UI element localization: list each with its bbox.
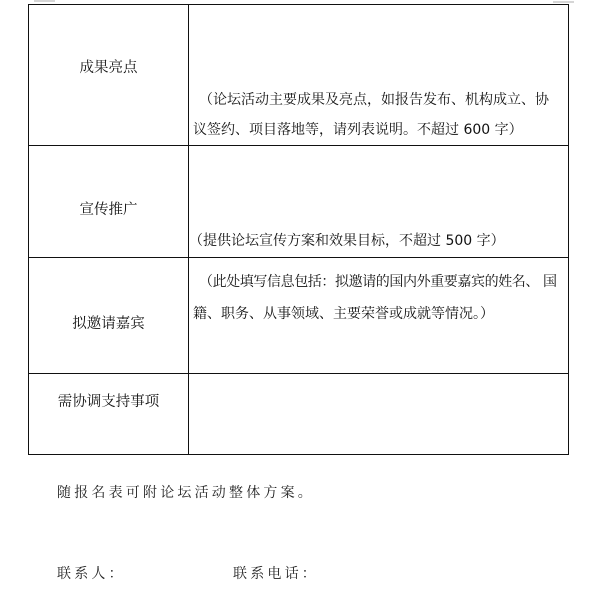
table-row-guests: 拟邀请嘉宾 （此处填写信息包括：拟邀请的国内外重要嘉宾的姓名、 国 籍、职务、从… (29, 258, 569, 374)
label-cell: 成果亮点 (29, 5, 189, 146)
hint-line: 籍、职务、从事领域、主要荣誉或成就等情况。） (193, 299, 494, 329)
label-cell: 需协调支持事项 (29, 374, 189, 455)
table-row-publicity: 宣传推广 （提供论坛宣传方案和效果目标，不超过 500 字） (29, 146, 569, 258)
content-cell-publicity[interactable]: （提供论坛宣传方案和效果目标，不超过 500 字） (189, 146, 569, 258)
application-form-table: 成果亮点 （论坛活动主要成果及亮点，如报告发布、机构成立、协 议签约、项目落地等… (28, 4, 569, 455)
row-label-highlights: 成果亮点 (29, 56, 188, 77)
contact-person-label: 联系人： (57, 563, 126, 583)
page-corner-mark-right (553, 1, 574, 3)
hint-line: （此处填写信息包括：拟邀请的国内外重要嘉宾的姓名、 国 (199, 267, 557, 297)
row-label-support: 需协调支持事项 (29, 390, 188, 411)
content-cell-guests[interactable]: （此处填写信息包括：拟邀请的国内外重要嘉宾的姓名、 国 籍、职务、从事领域、主要… (189, 258, 569, 374)
content-cell-support[interactable] (189, 374, 569, 455)
label-cell: 拟邀请嘉宾 (29, 258, 189, 374)
row-label-guests: 拟邀请嘉宾 (29, 312, 188, 333)
table-row-highlights: 成果亮点 （论坛活动主要成果及亮点，如报告发布、机构成立、协 议签约、项目落地等… (29, 5, 569, 146)
row-label-publicity: 宣传推广 (29, 198, 188, 219)
hint-line: 议签约、项目落地等，请列表说明。不超过 600 字） (193, 115, 523, 145)
label-cell: 宣传推广 (29, 146, 189, 258)
hint-line: （论坛活动主要成果及亮点，如报告发布、机构成立、协 (199, 85, 549, 115)
page-corner-mark-left (34, 0, 55, 2)
contact-phone-label: 联系电话： (233, 563, 319, 583)
content-cell-highlights[interactable]: （论坛活动主要成果及亮点，如报告发布、机构成立、协 议签约、项目落地等，请列表说… (189, 5, 569, 146)
attachment-note: 随报名表可附论坛活动整体方案。 (57, 482, 315, 502)
hint-line: （提供论坛宣传方案和效果目标，不超过 500 字） (189, 226, 505, 256)
table-row-support: 需协调支持事项 (29, 374, 569, 455)
